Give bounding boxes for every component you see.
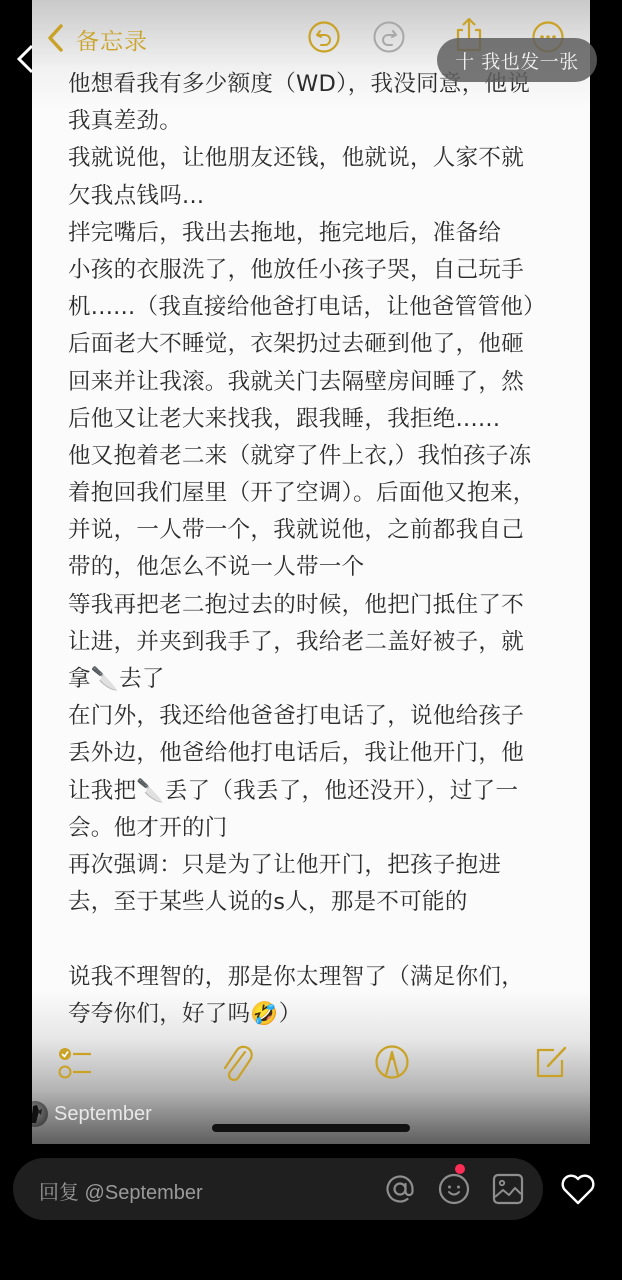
undo-icon (307, 20, 341, 54)
mention-icon[interactable] (383, 1172, 417, 1206)
note-line: 在门外，我还给他爸爸打电话了，说他给孩子 (68, 698, 558, 735)
post-mine-too-button[interactable]: 十 我也发一张 (437, 38, 597, 82)
note-line: 再次强调：只是为了让他开门，把孩子抱进 (68, 847, 558, 884)
emoji-icon[interactable] (437, 1172, 471, 1206)
note-line: 后他又让老大来找我，跟我睡，我拒绝...... (68, 401, 558, 438)
note-line: 我真差劲。 (68, 103, 558, 140)
emoji-notification-badge (455, 1164, 465, 1174)
note-line: 去，至于某些人说的s人，那是不可能的 (68, 884, 558, 921)
note-body: 他想看我有多少额度（WD），我没同意，他说 我真差劲。 我就说他，让他朋友还钱，… (68, 66, 558, 1033)
shared-notes-screenshot: 备忘录 (32, 0, 590, 1144)
notes-back-button (44, 22, 66, 58)
attachment-icon (217, 1042, 257, 1086)
note-line: 带的，他怎么不说一人带一个 (68, 549, 558, 586)
note-line: 回来并让我滚。我就关门去隔壁房间睡了，然 (68, 364, 558, 401)
note-line: 他又抱着老二来（就穿了件上衣,）我怕孩子冻 (68, 438, 558, 475)
home-indicator (212, 1124, 410, 1132)
notes-back-label: 备忘录 (76, 23, 148, 56)
note-line: 并说，一人带一个，我就说他，之前都我自己 (68, 512, 558, 549)
note-line: 机......（我直接给他爸打电话，让他爸管管他） (68, 289, 558, 326)
chevron-left-icon (44, 22, 66, 54)
note-line: 丢外边，他爸给他打电话后，我让他开门，他 (68, 735, 558, 772)
compose-icon (532, 1042, 572, 1086)
like-button[interactable] (560, 1172, 596, 1206)
checklist-icon (57, 1042, 97, 1086)
note-line: 拌完嘴后，我出去拖地，拖完地后，准备给 (68, 215, 558, 252)
redo-icon (372, 20, 406, 54)
person-silhouette-icon (32, 1101, 48, 1127)
note-line: 说我不理智的，那是你太理智了（满足你们， (68, 959, 558, 996)
note-line: 让进，并夹到我手了，我给老二盖好被子，就 (68, 624, 558, 661)
markup-icon (372, 1042, 412, 1086)
avatar[interactable] (32, 1101, 48, 1127)
note-line-blank (68, 921, 558, 958)
heart-icon (560, 1172, 596, 1206)
note-line: 后面老大不睡觉，衣架扔过去砸到他了，他砸 (68, 326, 558, 363)
note-line: 小孩的衣服洗了，他放任小孩子哭，自己玩手 (68, 252, 558, 289)
reply-input[interactable]: 回复 @September (39, 1176, 203, 1205)
notes-toolbar (32, 1042, 590, 1088)
image-icon[interactable] (491, 1172, 525, 1206)
note-line: 欠我点钱吗... (68, 178, 558, 215)
note-line: 着抱回我们屋里（开了空调）。后面他又抱来， (68, 475, 558, 512)
note-line: 我就说他，让他朋友还钱，他就说，人家不就 (68, 140, 558, 177)
note-line: 拿🔪去了 (68, 661, 558, 698)
author-name[interactable]: September (54, 1103, 152, 1126)
post-author[interactable]: September (32, 1099, 152, 1129)
note-line: 让我把🔪丢了（我丢了，他还没开），过了一 (68, 773, 558, 810)
note-line: 等我再把老二抱过去的时候，他把门抵住了不 (68, 587, 558, 624)
note-line: 夸夸你们，好了吗🤣） (68, 996, 558, 1033)
note-line: 会。他才开的门 (68, 810, 558, 847)
